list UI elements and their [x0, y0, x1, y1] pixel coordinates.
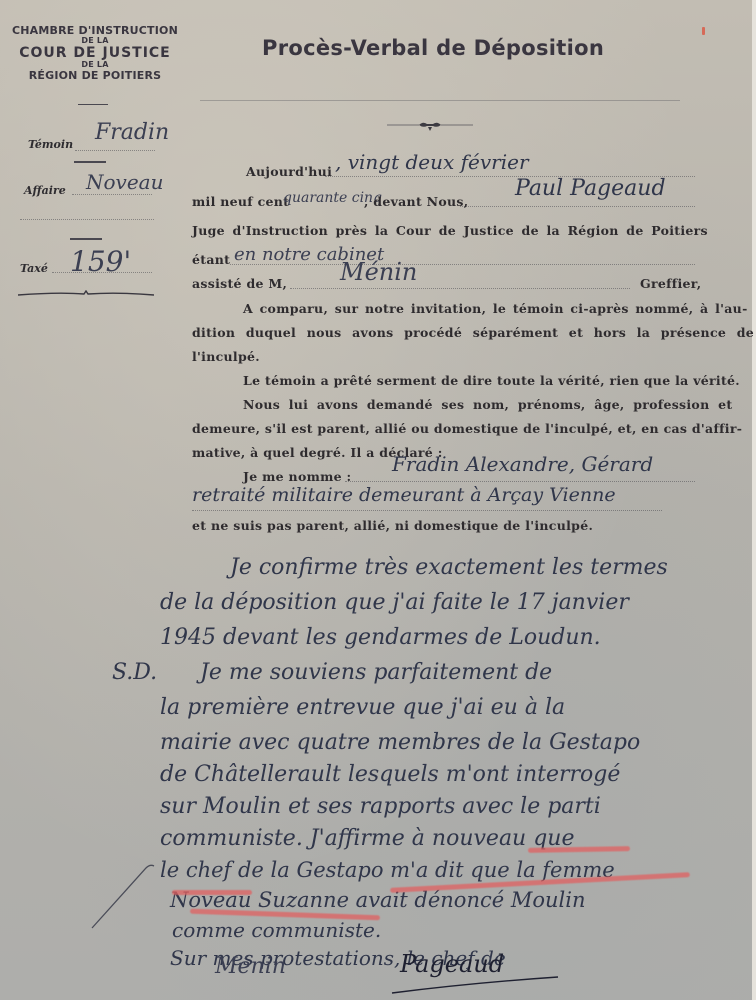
assiste-label: assisté de M, [192, 276, 287, 291]
temoin-line [75, 150, 155, 151]
court-header-block: CHAMBRE D'INSTRUCTION DE LA COUR DE JUST… [10, 24, 180, 82]
deposition-line-1: Je confirme très exactement les termes [230, 555, 668, 580]
date-value: , vingt deux février [335, 150, 529, 174]
header-line-cour: COUR DE JUSTICE [10, 45, 180, 61]
signature-underline-icon [390, 975, 560, 995]
deposition-line-12: comme communiste. [172, 918, 381, 942]
para1-line1: A comparu, sur notre invitation, le témo… [243, 301, 748, 316]
not-parent-line: et ne suis pas parent, allié, ni domesti… [192, 518, 593, 533]
ornament-divider-icon [385, 118, 475, 134]
header-divider [78, 104, 108, 105]
signature-greffier: Ménin [215, 954, 286, 979]
signature-juge: Pageaud [400, 950, 504, 978]
page-title: Procès-Verbal de Déposition [262, 36, 604, 60]
nomme-line-2 [192, 510, 662, 511]
devant-line [460, 206, 695, 207]
para1-line3: l'inculpé. [192, 349, 260, 364]
affaire-line-2 [20, 219, 154, 220]
deposition-line-3: 1945 devant les gendarmes de Loudun. [160, 625, 601, 650]
affaire-bar [70, 238, 102, 240]
temoin-bar [74, 161, 106, 163]
greffier-name-value: Ménin [340, 258, 417, 286]
temoin-value: Fradin [95, 120, 169, 145]
para3-line1: Nous lui avons demandé ses nom, prénoms,… [243, 397, 732, 412]
assiste-line [290, 288, 630, 289]
witness-name-value: Fradin Alexandre, Gérard [392, 452, 653, 476]
para3-line2: demeure, s'il est parent, allié ou domes… [192, 421, 742, 436]
nomme-line [345, 481, 695, 482]
aujourdhui-label: Aujourd'hui [246, 164, 332, 179]
header-line-de-la-2: DE LA [10, 60, 180, 69]
nomme-label: Je me nomme : [243, 469, 351, 484]
red-underline-1 [528, 846, 630, 853]
deposition-line-9: communiste. J'affirme à nouveau que [160, 826, 575, 851]
etant-label: étant [192, 252, 230, 267]
affaire-label: Affaire [24, 184, 66, 197]
deposition-line-6: mairie avec quatre membres de la Gestapo [160, 730, 640, 755]
header-line-de-la-1: DE LA [10, 36, 180, 45]
paper-edge [752, 0, 756, 1000]
mil-label: mil neuf cent [192, 194, 289, 209]
taxe-label: Taxé [20, 262, 48, 275]
deposition-line-8: sur Moulin et ses rapports avec le parti [160, 794, 601, 819]
title-rule [200, 100, 680, 101]
deposition-line-7: de Châtellerault lesquels m'ont interrog… [160, 762, 620, 787]
deposition-line-4: Je me souviens parfaitement de [200, 660, 552, 685]
witness-occupation-value: retraité militaire demeurant à Arçay Vie… [192, 484, 616, 506]
devant-label: , devant Nous, [364, 194, 468, 209]
red-mark [702, 27, 705, 35]
temoin-label: Témoin [28, 138, 73, 151]
para2: Le témoin a prêté serment de dire toute … [243, 373, 740, 388]
taxe-value: 159' [70, 245, 131, 278]
margin-note: S.D. [112, 660, 157, 685]
header-line-region: RÉGION DE POITIERS [10, 69, 180, 82]
deposition-line-5: la première entrevue que j'ai eu à la [160, 695, 565, 720]
juge-line: Juge d'Instruction près la Cour de Justi… [192, 223, 708, 238]
flourish-divider-icon [18, 290, 154, 298]
judge-name-value: Paul Pageaud [515, 176, 666, 201]
para1-line2: dition duquel nous avons procédé séparém… [192, 325, 754, 340]
deposition-line-10: le chef de la Gestapo m'a dit que la fem… [160, 858, 615, 882]
affaire-value: Noveau [86, 170, 163, 194]
greffier-label: Greffier, [640, 276, 701, 291]
red-underline-3 [172, 890, 252, 895]
margin-bracket-icon [90, 862, 160, 932]
deposition-line-2: de la déposition que j'ai faite le 17 ja… [160, 590, 629, 615]
affaire-line [72, 194, 152, 195]
